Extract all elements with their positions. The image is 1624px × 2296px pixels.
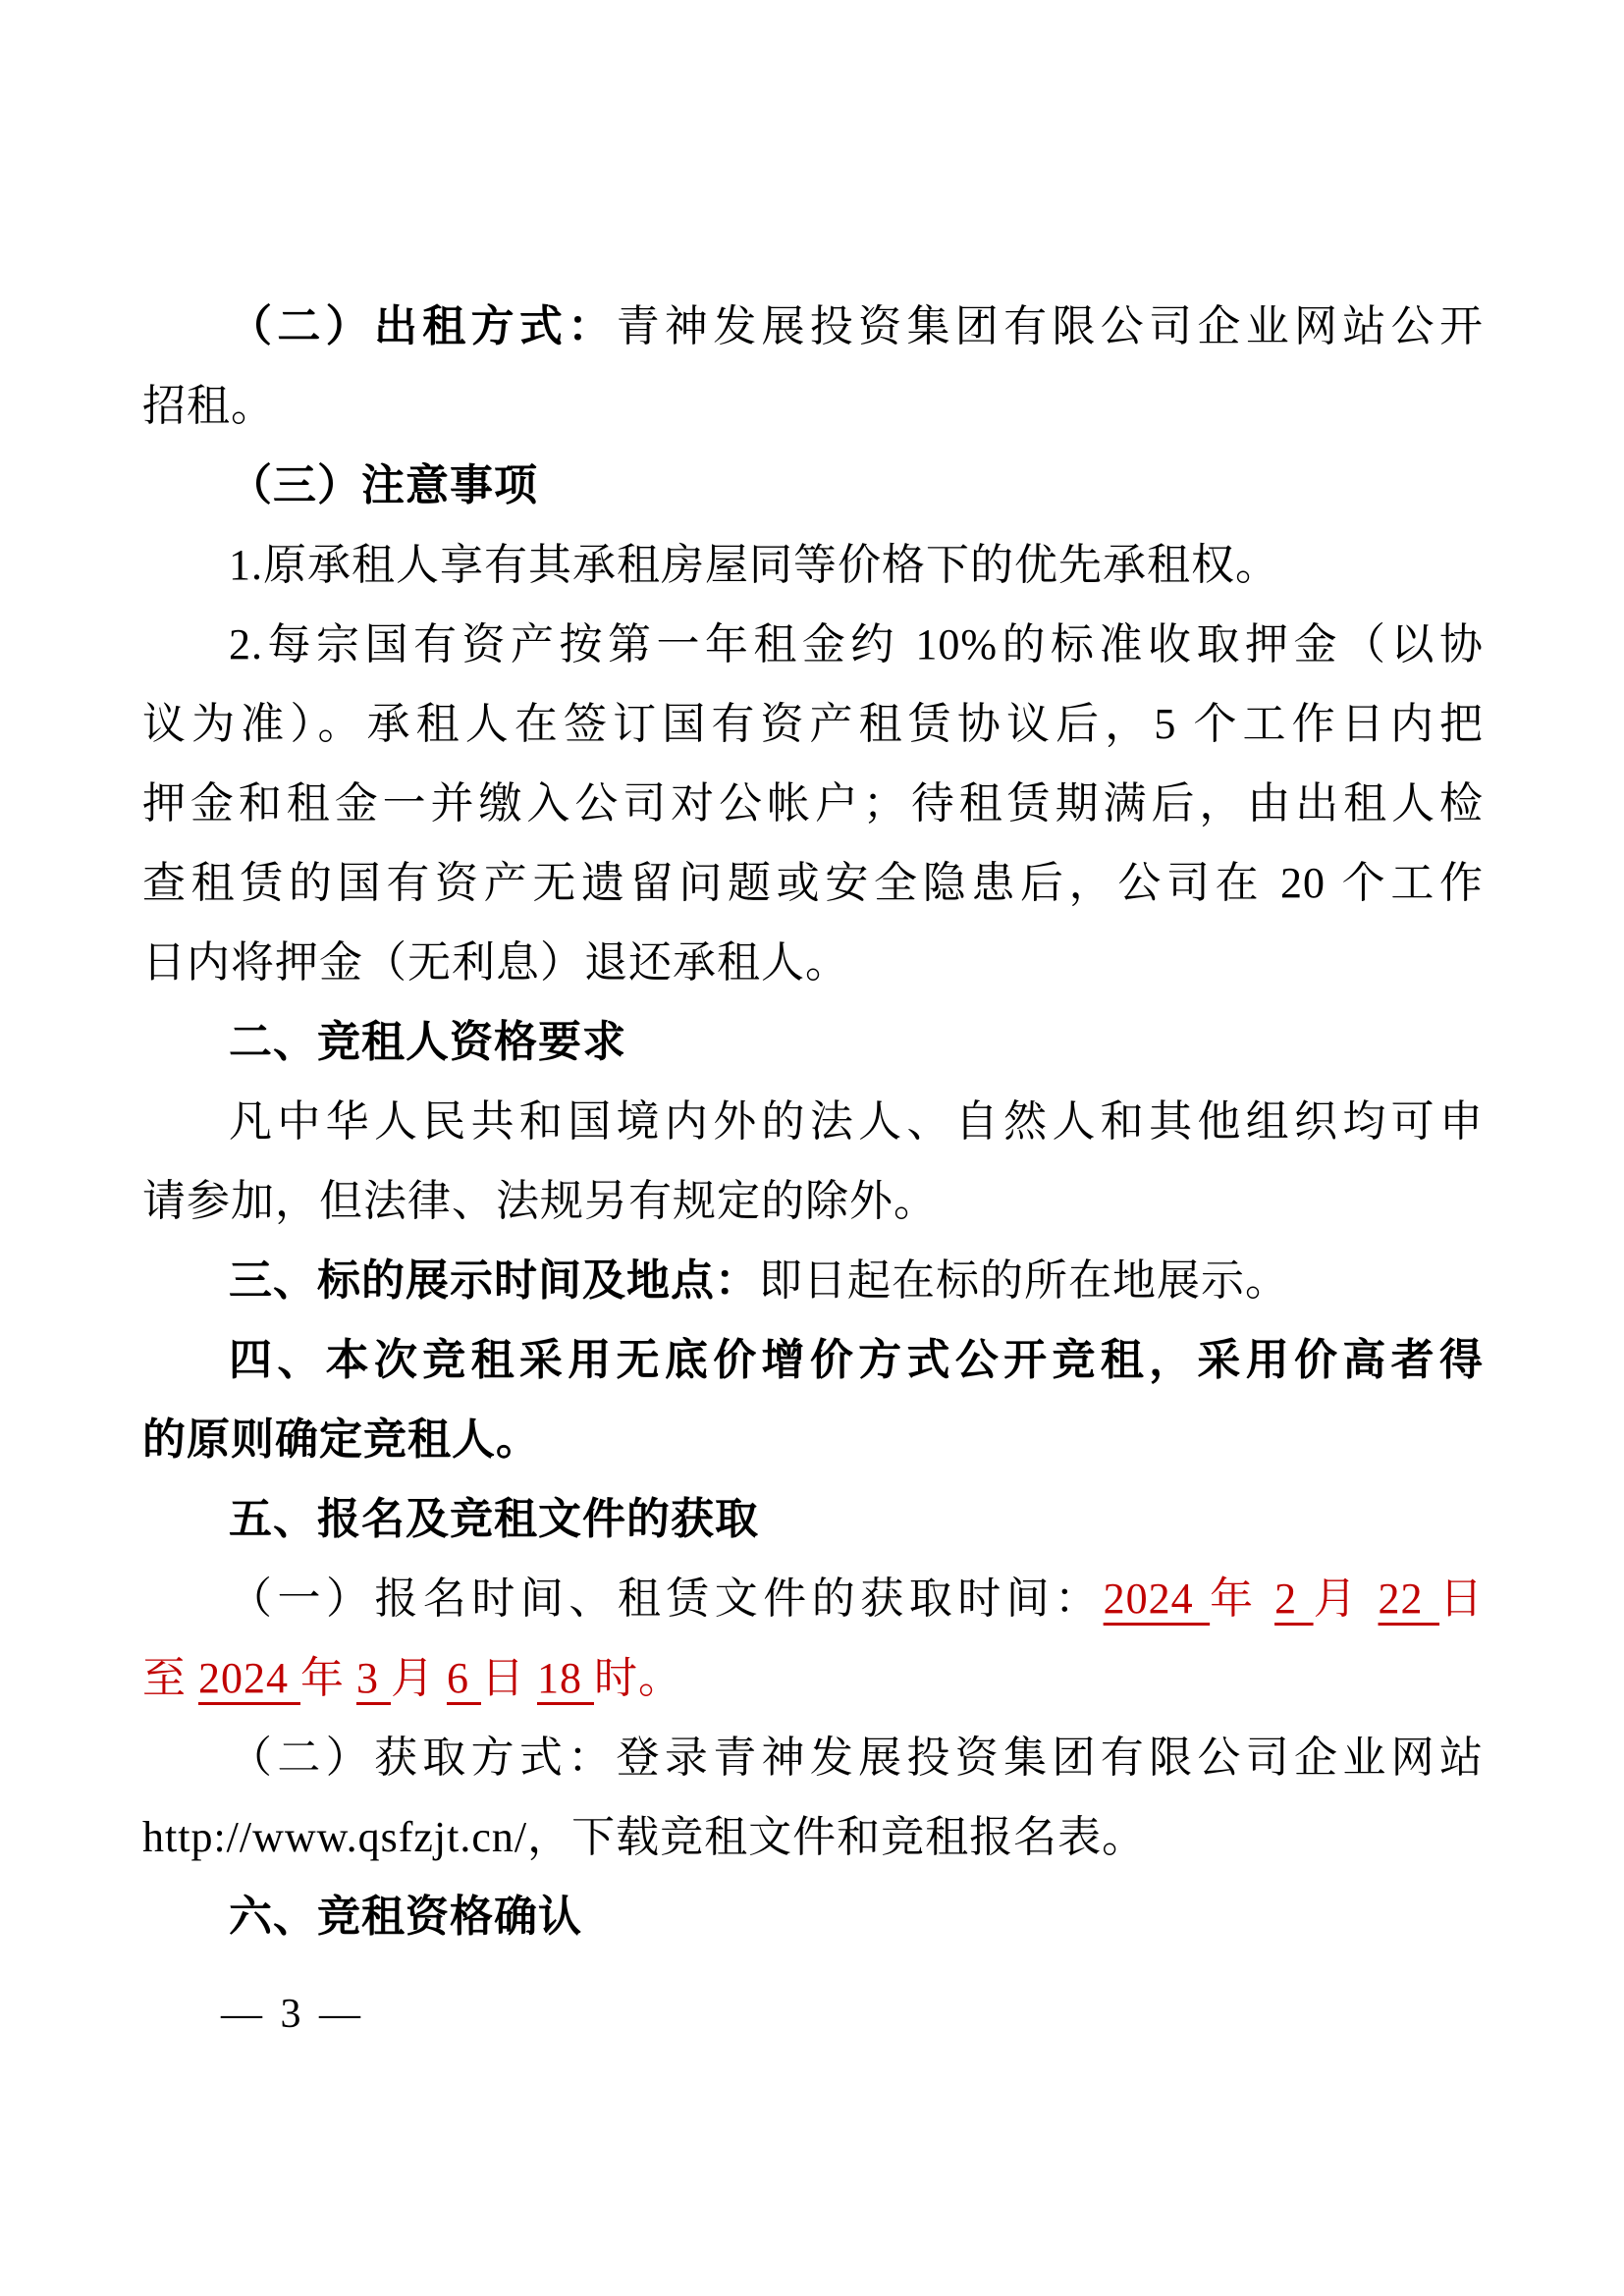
text-segment: 的原则确定竞租人。 [142, 1415, 540, 1464]
text-segment: （一）报名时间、租赁文件的获取时间： [229, 1575, 1104, 1623]
text-line: 的原则确定竞租人。 [142, 1400, 1484, 1479]
text-segment: 时。 [594, 1654, 682, 1702]
text-line: （一）报名时间、租赁文件的获取时间：2024 年 2 月 22 日 [142, 1559, 1484, 1638]
text-line: 四、本次竞租采用无底价增价方式公开竞租，采用价高者得 [142, 1320, 1484, 1400]
text-segment: 招租。 [142, 382, 275, 430]
text-line: 日内将押金（无利息）退还承租人。 [142, 923, 1484, 1002]
text-segment: （三）注意事项 [229, 461, 538, 509]
text-segment: 请参加，但法律、法规另有规定的除外。 [142, 1177, 938, 1225]
text-segment: （二）获取方式：登录青神发展投资集团有限公司企业网站 [229, 1734, 1484, 1782]
text-segment: 三、标的展示时间及地点： [229, 1256, 759, 1305]
text-segment: 议为准）。承租人在签订国有资产租赁协议后，5 个工作日内把 [142, 700, 1484, 748]
text-segment: 2024 [1104, 1575, 1210, 1623]
text-line: 2.每宗国有资产按第一年租金约 10%的标准收取押金（以协 [142, 605, 1484, 684]
text-segment: 3 [356, 1654, 391, 1702]
text-segment: 18 [537, 1654, 594, 1702]
text-line: 请参加，但法律、法规另有规定的除外。 [142, 1161, 1484, 1241]
text-segment: 月 [391, 1654, 447, 1702]
text-segment: 六、竞租资格确认 [229, 1893, 582, 1941]
text-line: 五、报名及竞租文件的获取 [142, 1479, 1484, 1559]
text-line: 至 2024 年 3 月 6 日 18 时。 [142, 1638, 1484, 1718]
text-segment: 押金和租金一并缴入公司对公帐户；待租赁期满后，由出租人检 [142, 779, 1484, 828]
text-segment: 凡中华人民共和国境内外的法人、自然人和其他组织均可申 [229, 1097, 1484, 1146]
text-segment: 22 [1379, 1575, 1439, 1623]
text-line: （三）注意事项 [142, 446, 1484, 525]
text-segment: 青神发展投资集团有限公司企业网站公开 [617, 302, 1484, 350]
text-line: 二、竞租人资格要求 [142, 1002, 1484, 1082]
text-line: （二）获取方式：登录青神发展投资集团有限公司企业网站 [142, 1718, 1484, 1797]
text-segment: 2024 [198, 1654, 300, 1702]
text-segment: 年 [1210, 1575, 1274, 1623]
text-line: 凡中华人民共和国境内外的法人、自然人和其他组织均可申 [142, 1082, 1484, 1161]
text-segment: 1.原承租人享有其承租房屋同等价格下的优先承租权。 [229, 541, 1279, 589]
text-segment: 五、报名及竞租文件的获取 [229, 1495, 759, 1543]
text-segment: 2 [1274, 1575, 1313, 1623]
text-segment: 月 [1314, 1575, 1379, 1623]
text-segment: 年 [300, 1654, 356, 1702]
text-segment: 日内将押金（无利息）退还承租人。 [142, 938, 849, 987]
text-line: （二）出租方式：青神发展投资集团有限公司企业网站公开 [142, 287, 1484, 366]
text-segment: 即日起在标的所在地展示。 [759, 1256, 1289, 1305]
text-segment: 日 [1439, 1575, 1484, 1623]
text-line: 查租赁的国有资产无遗留问题或安全隐患后，公司在 20 个工作 [142, 843, 1484, 923]
text-line: http://www.qsfzjt.cn/，下载竞租文件和竞租报名表。 [142, 1797, 1484, 1877]
text-line: 招租。 [142, 366, 1484, 446]
text-segment: 至 [142, 1654, 198, 1702]
text-line: 三、标的展示时间及地点：即日起在标的所在地展示。 [142, 1241, 1484, 1320]
text-line: 六、竞租资格确认 [142, 1877, 1484, 1956]
text-segment: 6 [447, 1654, 481, 1702]
text-segment: 二、竞租人资格要求 [229, 1018, 626, 1066]
text-segment: 2.每宗国有资产按第一年租金约 10%的标准收取押金（以协 [229, 620, 1484, 668]
text-segment: 日 [481, 1654, 537, 1702]
text-line: 1.原承租人享有其承租房屋同等价格下的优先承租权。 [142, 525, 1484, 605]
text-line: 押金和租金一并缴入公司对公帐户；待租赁期满后，由出租人检 [142, 764, 1484, 843]
text-segment: 查租赁的国有资产无遗留问题或安全隐患后，公司在 20 个工作 [142, 859, 1484, 907]
text-segment: （二）出租方式： [229, 302, 617, 350]
text-segment: http://www.qsfzjt.cn/，下载竞租文件和竞租报名表。 [142, 1813, 1146, 1861]
text-segment: 四、本次竞租采用无底价增价方式公开竞租，采用价高者得 [229, 1336, 1484, 1384]
document-body: （二）出租方式：青神发展投资集团有限公司企业网站公开招租。（三）注意事项1.原承… [142, 287, 1484, 1956]
page-number: — 3 — [221, 1991, 364, 2038]
text-line: 议为准）。承租人在签订国有资产租赁协议后，5 个工作日内把 [142, 684, 1484, 764]
